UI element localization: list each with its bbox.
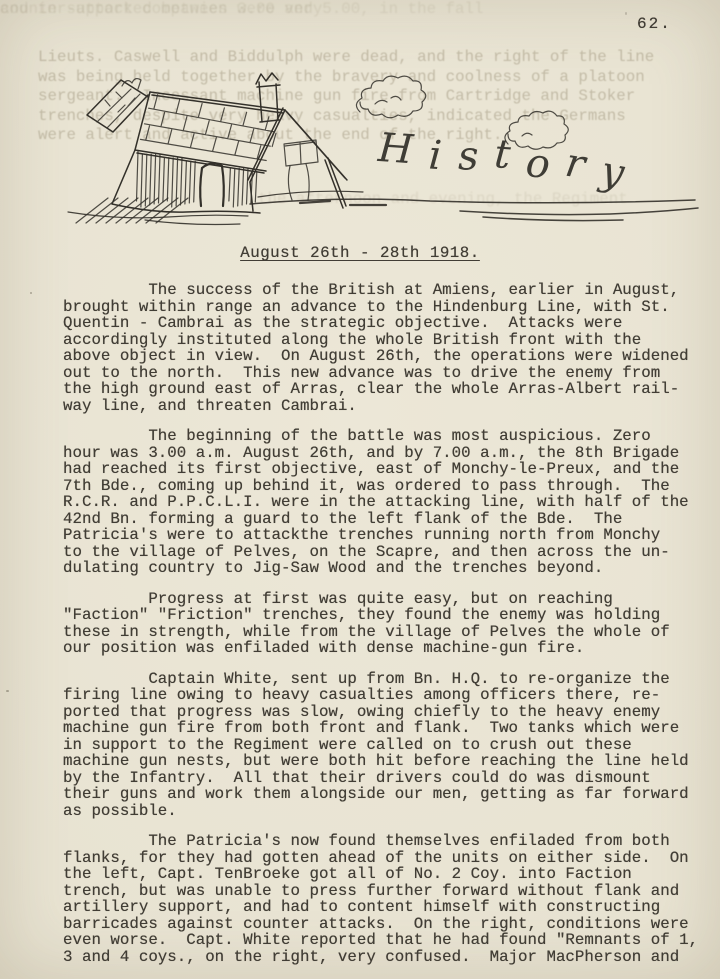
text-line: Captain White, sent up from Bn. H.Q. to …: [63, 671, 713, 688]
text-line: "Faction" "Friction" trenches, they foun…: [63, 607, 713, 624]
text-line: dulating country to Jig-Saw Wood and the…: [63, 560, 713, 577]
text-line: artillery support, and had to content hi…: [63, 899, 713, 916]
text-line: flanks, for they had gotten ahead of the…: [63, 850, 713, 867]
text-line: by the Infantry. All that their drivers …: [63, 770, 713, 787]
text-line: Progress at first was quite easy, but on…: [63, 591, 713, 608]
text-line: out to the north. This new advance was t…: [63, 365, 713, 382]
body-text: The success of the British at Amiens, ea…: [63, 282, 713, 979]
text-line: Patricia's were to attackthe trenches ru…: [63, 527, 713, 544]
text-line: trench, but was unable to press further …: [63, 883, 713, 900]
paragraph: Progress at first was quite easy, but on…: [63, 591, 713, 657]
text-line: to the village of Pelves, on the Scapre,…: [63, 544, 713, 561]
text-line: The Patricia's now found themselves enfi…: [63, 833, 713, 850]
handwritten-letter: o: [524, 140, 567, 189]
text-line: firing line owing to heavy casualties am…: [63, 687, 713, 704]
handwritten-letter: H: [377, 125, 431, 174]
text-line: The success of the British at Amiens, ea…: [63, 282, 713, 299]
text-line: machine gun nests, but were both hit bef…: [63, 753, 713, 770]
handwritten-letter: y: [597, 148, 643, 200]
paragraph: The Patricia's now found themselves enfi…: [63, 833, 713, 965]
text-line: the left, Capt. TenBroeke got all of No.…: [63, 866, 713, 883]
handwritten-letter: t: [493, 131, 528, 179]
paragraph: The success of the British at Amiens, ea…: [63, 282, 713, 414]
text-line: as possible.: [63, 803, 713, 820]
text-line: 3 and 4 coys., on the right, very confus…: [63, 949, 713, 966]
text-line: accordingly instituted along the whole B…: [63, 332, 713, 349]
ghost-text-line: Lieuts. Caswell and Biddulph were dead, …: [38, 48, 706, 68]
scanned-document-page: 62. Lieuts. Caswell and Biddulph were de…: [0, 0, 720, 979]
text-line: The beginning of the battle was most aus…: [63, 428, 713, 445]
text-line: 7th Bde., coming up behind it, was order…: [63, 478, 713, 495]
page-number: 62.: [637, 15, 672, 33]
text-line: way line, and threaten Cambrai.: [63, 398, 713, 415]
text-line: above object in view. On August 26th, th…: [63, 348, 713, 365]
text-line: brought within range an advance to the H…: [63, 299, 713, 316]
handwritten-letter: i: [427, 132, 459, 180]
text-line: had reached its first objective, east of…: [63, 461, 713, 478]
text-line: hour was 3.00 a.m. August 26th, and by 7…: [63, 445, 713, 462]
paper-speck: [625, 12, 627, 15]
section-heading: August 26th - 28th 1918.: [0, 244, 720, 262]
text-line: their guns and work them alongside our m…: [63, 786, 713, 803]
paragraph: Captain White, sent up from Bn. H.Q. to …: [63, 671, 713, 820]
paper-speck: [30, 292, 32, 294]
ghost-fragment: counter-attacked between 3.00 and 5.00, …: [0, 0, 483, 18]
text-line: R.C.R. and P.P.C.L.I. were in the attack…: [63, 494, 713, 511]
text-line: our position was enfiladed with dense ma…: [63, 640, 713, 657]
text-line: the high ground east of Arras, clear the…: [63, 381, 713, 398]
text-line: machine gun fire from both front and fla…: [63, 720, 713, 737]
text-line: ported that progress was slow, owing chi…: [63, 704, 713, 721]
text-line: Quentin - Cambrai as the strategic objec…: [63, 315, 713, 332]
text-line: barricades against counter attacks. On t…: [63, 916, 713, 933]
handwritten-letter: s: [458, 134, 495, 180]
paragraph: The beginning of the battle was most aus…: [63, 428, 713, 577]
text-line: in support to the Regiment were called o…: [63, 737, 713, 754]
paper-speck: [6, 690, 9, 692]
text-line: these in strength, while from the villag…: [63, 624, 713, 641]
text-line: 42nd Bn. forming a guard to the left fla…: [63, 511, 713, 528]
text-line: even worse. Capt. White reported that he…: [63, 932, 713, 949]
